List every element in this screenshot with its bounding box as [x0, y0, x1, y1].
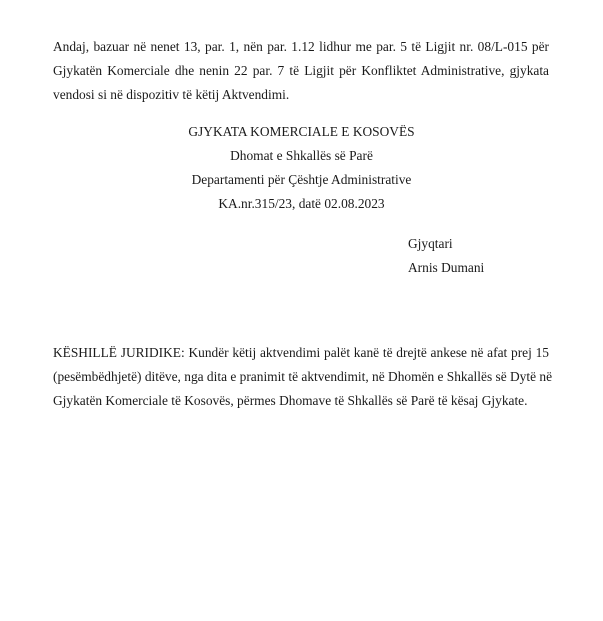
court-header: GJYKATA KOMERCIALE E KOSOVËS Dhomat e Sh…: [0, 120, 603, 216]
legal-advice-line: (pesëmbëdhjetë) ditëve, nga dita e prani…: [53, 365, 549, 389]
legal-advice-line: KËSHILLË JURIDIKE: Kundër këtij aktvendi…: [53, 341, 549, 365]
legal-advice-paragraph: KËSHILLË JURIDIKE: Kundër këtij aktvendi…: [53, 341, 549, 413]
case-reference: KA.nr.315/23, datë 02.08.2023: [0, 192, 603, 216]
court-chamber: Dhomat e Shkallës së Parë: [0, 144, 603, 168]
judge-title: Gjyqtari: [408, 232, 484, 256]
legal-advice-line: Gjykatën Komerciale të Kosovës, përmes D…: [53, 389, 549, 413]
decision-line: Andaj, bazuar në nenet 13, par. 1, nën p…: [53, 35, 549, 59]
judge-name: Arnis Dumani: [408, 256, 484, 280]
decision-line: Gjykatën Komerciale dhe nenin 22 par. 7 …: [53, 59, 549, 83]
decision-paragraph: Andaj, bazuar në nenet 13, par. 1, nën p…: [53, 35, 549, 107]
court-name: GJYKATA KOMERCIALE E KOSOVËS: [0, 120, 603, 144]
decision-line: vendosi si në dispozitiv të këtij Aktven…: [53, 83, 549, 107]
signature-block: Gjyqtari Arnis Dumani: [408, 232, 484, 280]
court-department: Departamenti për Çështje Administrative: [0, 168, 603, 192]
